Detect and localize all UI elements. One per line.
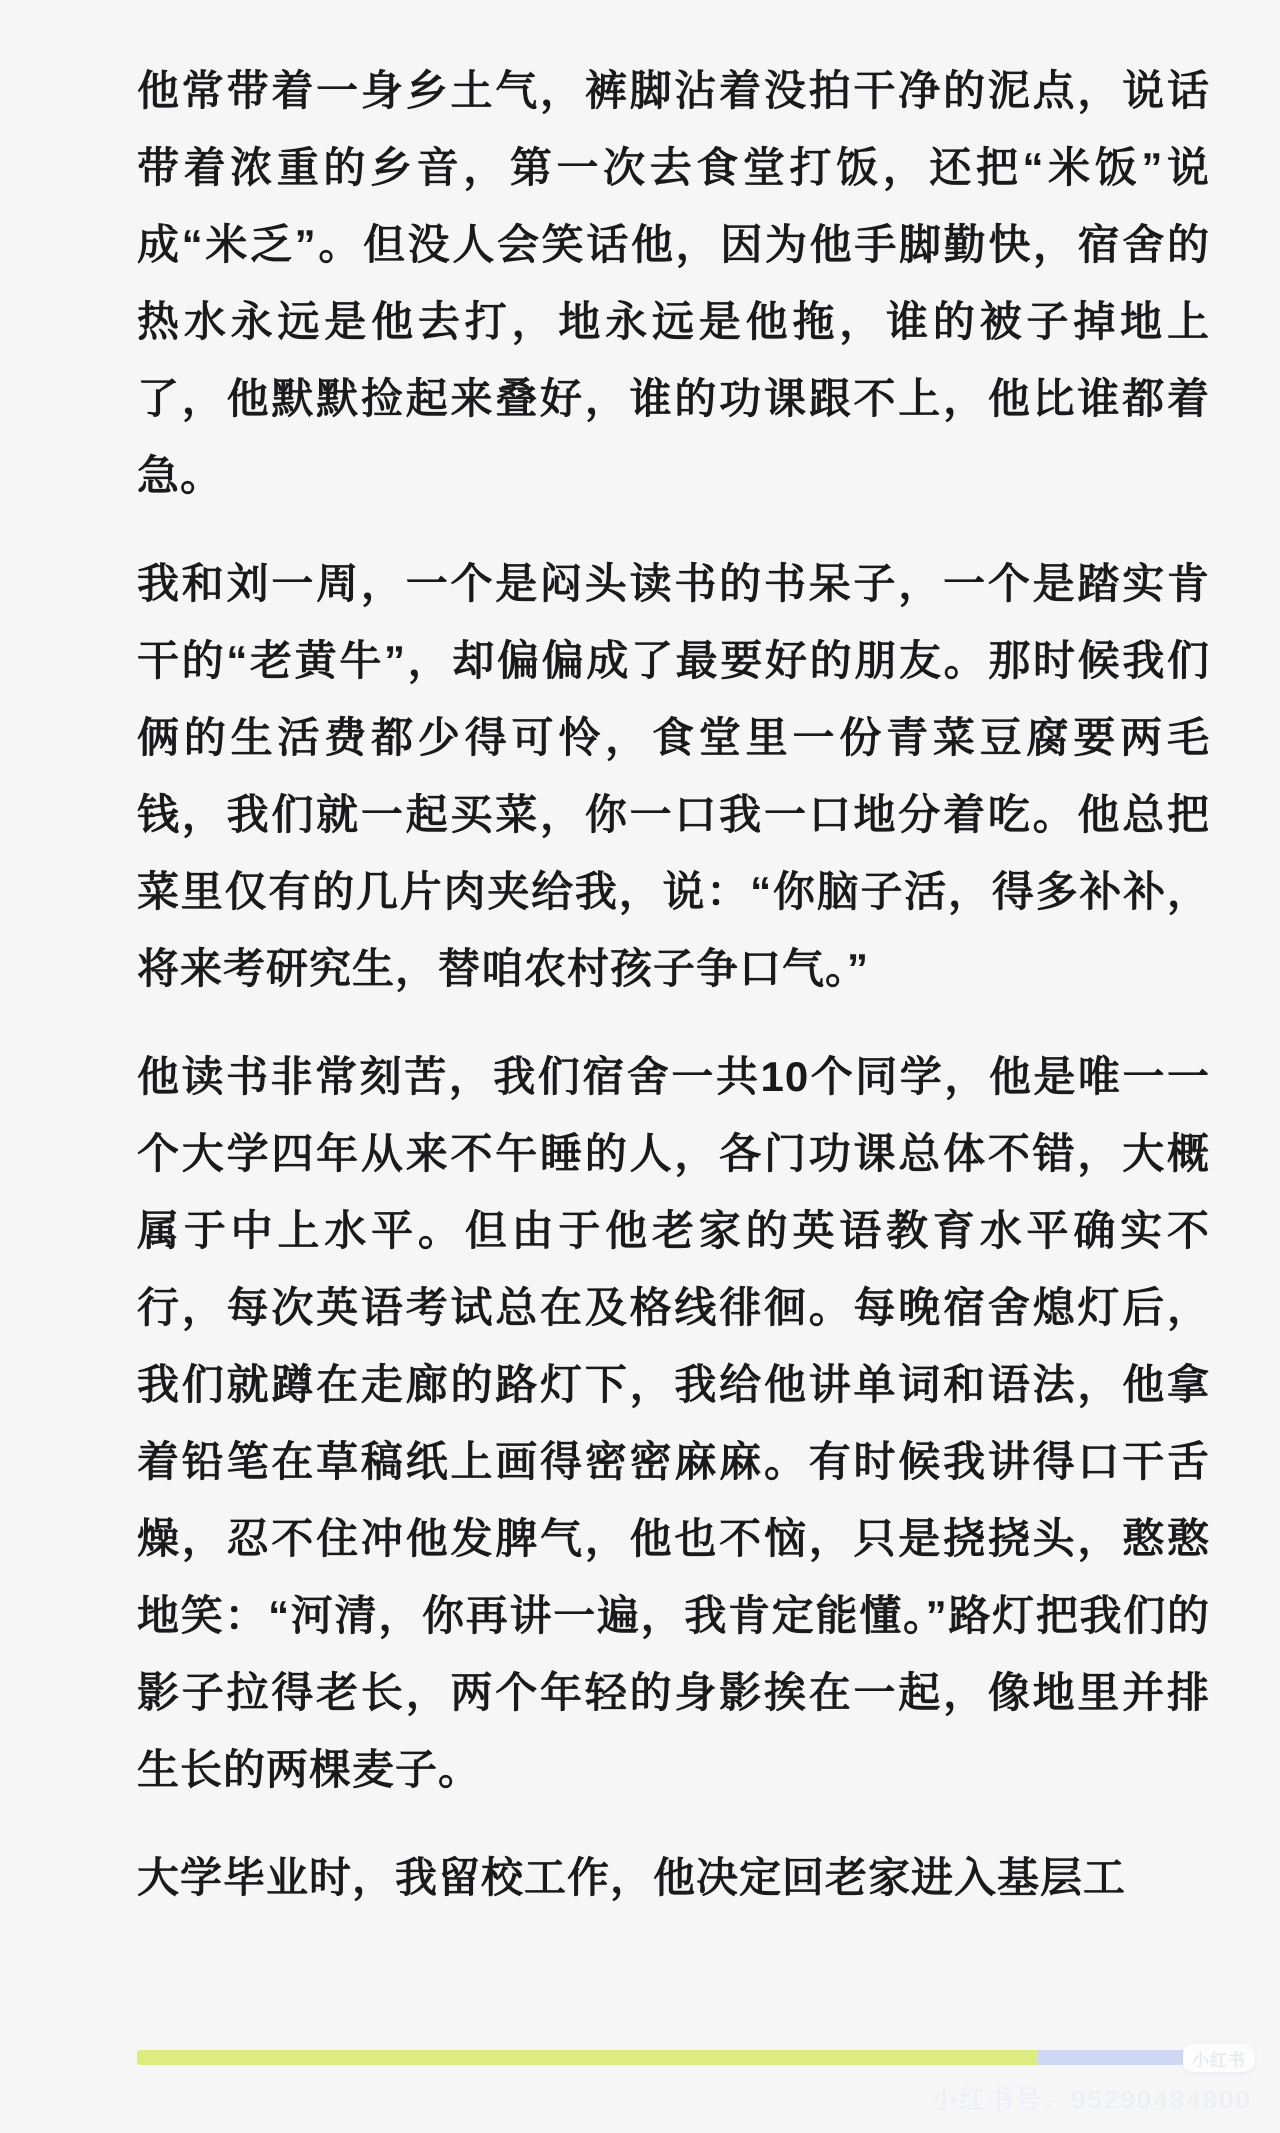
xiaohongshu-logo-label: 小红书	[1192, 2046, 1246, 2071]
xiaohongshu-id-watermark: 小红书号：95290484800	[931, 2080, 1252, 2117]
article-text: 他常带着一身乡土气，裤脚沾着没拍干净的泥点，说话带着浓重的乡音，第一次去食堂打饭…	[137, 52, 1210, 1916]
reader-page: 他常带着一身乡土气，裤脚沾着没拍干净的泥点，说话带着浓重的乡音，第一次去食堂打饭…	[0, 0, 1280, 2133]
paragraph: 大学毕业时，我留校工作，他决定回老家进入基层工	[137, 1839, 1210, 1916]
reading-progress-bar[interactable]	[137, 2050, 1185, 2065]
progress-read-segment	[137, 2050, 1038, 2065]
paragraph: 他常带着一身乡土气，裤脚沾着没拍干净的泥点，说话带着浓重的乡音，第一次去食堂打饭…	[137, 52, 1210, 514]
paragraph: 我和刘一周，一个是闷头读书的书呆子，一个是踏实肯干的“老黄牛”，却偏偏成了最要好…	[137, 545, 1210, 1007]
paragraph: 他读书非常刻苦，我们宿舍一共10个同学，他是唯一一个大学四年从来不午睡的人，各门…	[137, 1038, 1210, 1808]
xiaohongshu-logo-badge: 小红书	[1183, 2044, 1255, 2072]
